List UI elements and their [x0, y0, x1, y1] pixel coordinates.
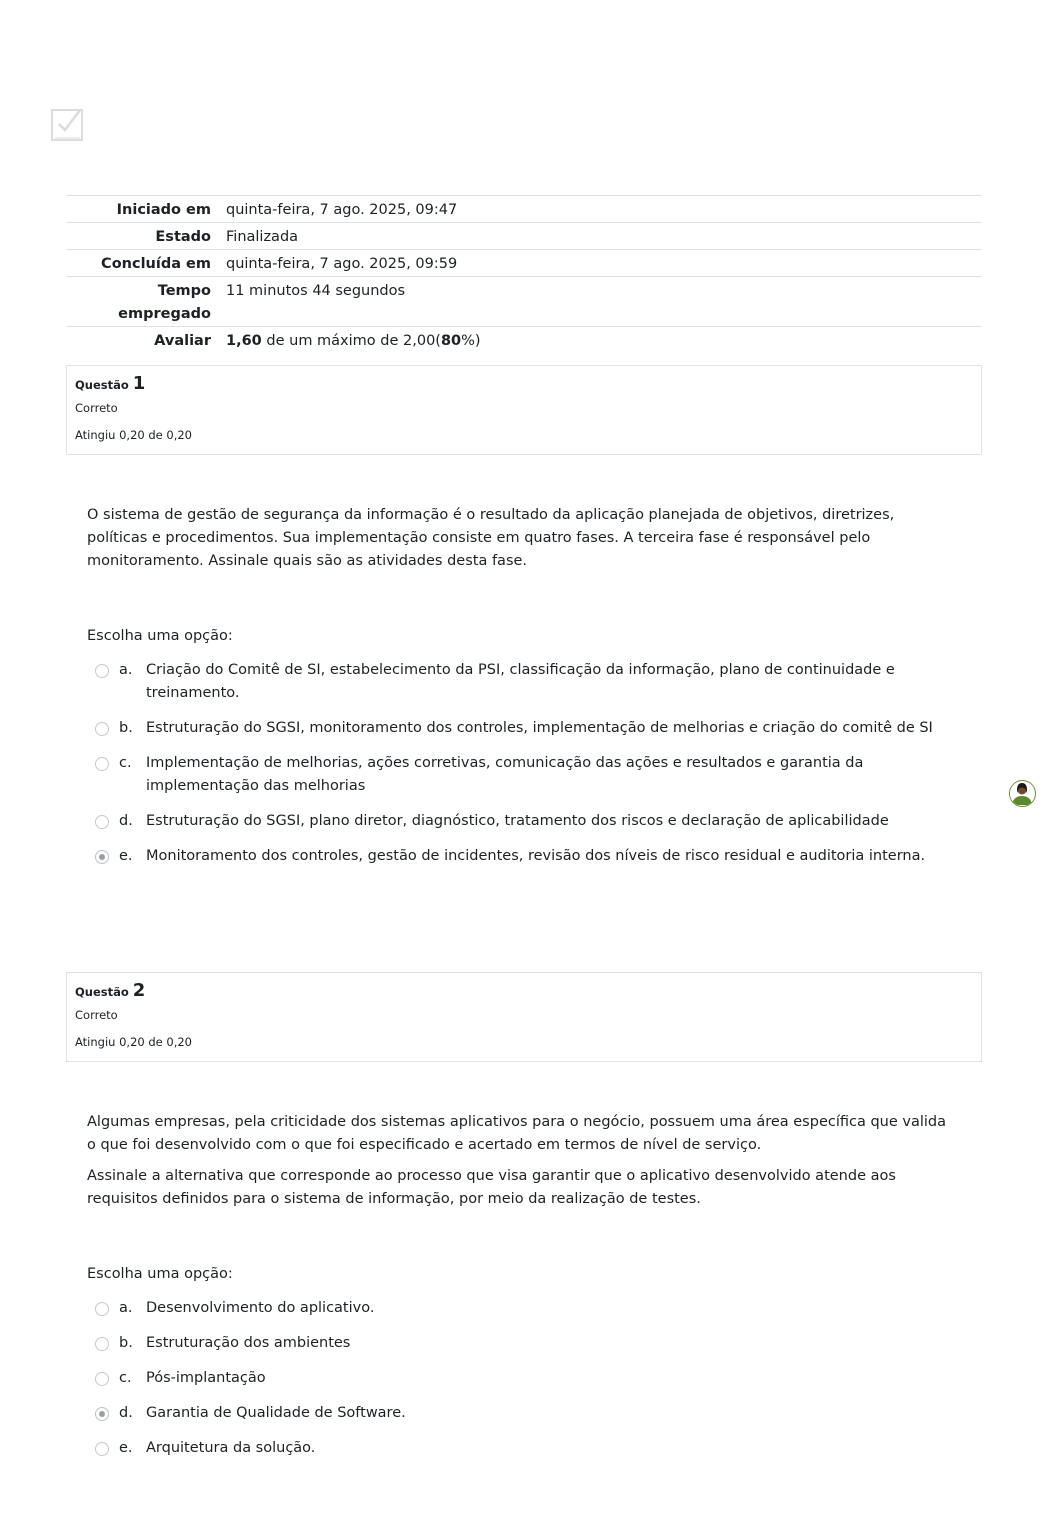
question-grade: Atingiu 0,20 de 0,20: [75, 1035, 973, 1049]
question-1-answers: a. Criação do Comitê de SI, estabelecime…: [95, 659, 945, 880]
attempt-summary-table: Iniciado em quinta-feira, 7 ago. 2025, 0…: [66, 195, 982, 353]
summary-value: 1,60 de um máximo de 2,00(80%): [219, 327, 982, 354]
answer-option[interactable]: c. Pós-implantação: [95, 1367, 945, 1390]
option-letter: e.: [119, 845, 146, 868]
summary-row-completed: Concluída em quinta-feira, 7 ago. 2025, …: [66, 250, 982, 277]
option-text: Implementação de melhorias, ações corret…: [146, 752, 945, 798]
question-1-text: O sistema de gestão de segurança da info…: [87, 504, 947, 573]
answer-option[interactable]: e. Arquitetura da solução.: [95, 1437, 945, 1460]
option-letter: a.: [119, 659, 146, 682]
summary-row-grade: Avaliar 1,60 de um máximo de 2,00(80%): [66, 327, 982, 354]
radio-button[interactable]: [95, 757, 109, 771]
question-1-prompt: Escolha uma opção:: [87, 625, 233, 648]
answer-option[interactable]: b. Estruturação dos ambientes: [95, 1332, 945, 1355]
question-2-info: Questão 2 Correto Atingiu 0,20 de 0,20: [66, 972, 982, 1062]
option-letter: b.: [119, 1332, 146, 1355]
option-letter: d.: [119, 1402, 146, 1425]
grade-suffix: %): [461, 333, 480, 349]
question-2-text: Algumas empresas, pela criticidade dos s…: [87, 1111, 947, 1211]
radio-button[interactable]: [95, 815, 109, 829]
option-letter: a.: [119, 1297, 146, 1320]
grade-middle: de um máximo de 2,00(: [262, 333, 441, 349]
question-grade: Atingiu 0,20 de 0,20: [75, 428, 973, 442]
summary-label: Estado: [66, 223, 219, 250]
option-letter: b.: [119, 717, 146, 740]
option-text: Estruturação dos ambientes: [146, 1332, 945, 1355]
option-text: Monitoramento dos controles, gestão de i…: [146, 845, 945, 868]
summary-value: quinta-feira, 7 ago. 2025, 09:59: [219, 250, 982, 277]
question-label: Questão: [75, 985, 129, 999]
question-state: Correto: [75, 1008, 973, 1022]
question-number: Questão 1: [75, 374, 973, 395]
option-text: Estruturação do SGSI, monitoramento dos …: [146, 717, 945, 740]
question-paragraph: O sistema de gestão de segurança da info…: [87, 504, 947, 573]
option-text: Pós-implantação: [146, 1367, 945, 1390]
grade-percent: 80: [441, 333, 461, 349]
answer-option[interactable]: b. Estruturação do SGSI, monitoramento d…: [95, 717, 945, 740]
grade-score: 1,60: [226, 333, 262, 349]
summary-label: Iniciado em: [66, 196, 219, 223]
question-number-value: 2: [133, 980, 146, 1001]
summary-label: Tempo empregado: [66, 277, 219, 327]
summary-label: Avaliar: [66, 327, 219, 354]
question-state: Correto: [75, 401, 973, 415]
option-text: Desenvolvimento do aplicativo.: [146, 1297, 945, 1320]
option-text: Estruturação do SGSI, plano diretor, dia…: [146, 810, 945, 833]
radio-button-checked[interactable]: [95, 850, 109, 864]
quiz-checkbox-icon: [50, 105, 86, 141]
answer-option[interactable]: d. Estruturação do SGSI, plano diretor, …: [95, 810, 945, 833]
option-letter: c.: [119, 752, 146, 775]
answer-option[interactable]: a. Criação do Comitê de SI, estabelecime…: [95, 659, 945, 705]
question-label: Questão: [75, 378, 129, 392]
radio-button[interactable]: [95, 722, 109, 736]
summary-label: Concluída em: [66, 250, 219, 277]
question-2-answers: a. Desenvolvimento do aplicativo. b. Est…: [95, 1297, 945, 1472]
question-number: Questão 2: [75, 981, 973, 1002]
answer-option[interactable]: c. Implementação de melhorias, ações cor…: [95, 752, 945, 798]
option-text: Criação do Comitê de SI, estabelecimento…: [146, 659, 945, 705]
question-number-value: 1: [133, 373, 146, 394]
radio-button[interactable]: [95, 1302, 109, 1316]
answer-option-selected[interactable]: d. Garantia de Qualidade de Software.: [95, 1402, 945, 1425]
option-letter: d.: [119, 810, 146, 833]
question-2-prompt: Escolha uma opção:: [87, 1263, 233, 1286]
option-letter: e.: [119, 1437, 146, 1460]
option-text: Arquitetura da solução.: [146, 1437, 945, 1460]
question-paragraph: Algumas empresas, pela criticidade dos s…: [87, 1111, 947, 1157]
radio-button-checked[interactable]: [95, 1407, 109, 1421]
radio-button[interactable]: [95, 1337, 109, 1351]
radio-button[interactable]: [95, 1372, 109, 1386]
question-1-info: Questão 1 Correto Atingiu 0,20 de 0,20: [66, 365, 982, 455]
summary-value: quinta-feira, 7 ago. 2025, 09:47: [219, 196, 982, 223]
user-avatar[interactable]: [1009, 780, 1036, 807]
answer-option-selected[interactable]: e. Monitoramento dos controles, gestão d…: [95, 845, 945, 868]
question-paragraph: Assinale a alternativa que corresponde a…: [87, 1165, 947, 1211]
summary-row-started: Iniciado em quinta-feira, 7 ago. 2025, 0…: [66, 196, 982, 223]
option-letter: c.: [119, 1367, 146, 1390]
summary-value: Finalizada: [219, 223, 982, 250]
radio-button[interactable]: [95, 664, 109, 678]
option-text: Garantia de Qualidade de Software.: [146, 1402, 945, 1425]
summary-row-time-taken: Tempo empregado 11 minutos 44 segundos: [66, 277, 982, 327]
answer-option[interactable]: a. Desenvolvimento do aplicativo.: [95, 1297, 945, 1320]
radio-button[interactable]: [95, 1442, 109, 1456]
summary-value: 11 minutos 44 segundos: [219, 277, 982, 327]
summary-row-state: Estado Finalizada: [66, 223, 982, 250]
